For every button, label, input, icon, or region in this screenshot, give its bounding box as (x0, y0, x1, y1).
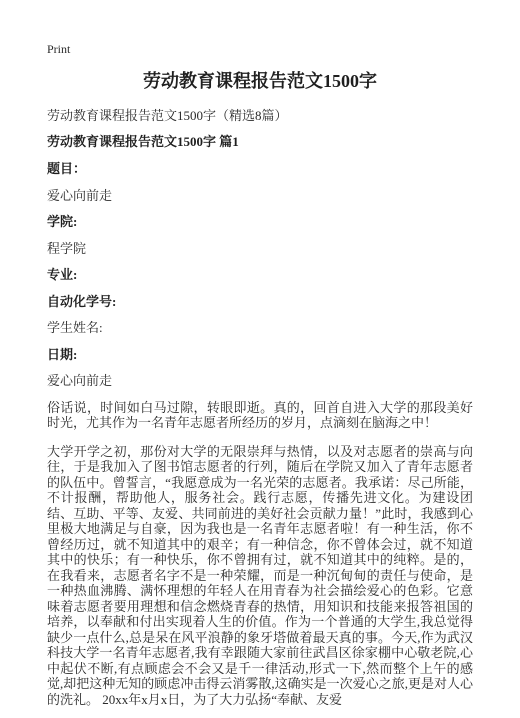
section-heading: 劳动教育课程报告范文1500字 篇1 (47, 134, 473, 149)
field-label-topic: 题目： (47, 161, 473, 176)
field-label-major: 专业: (47, 267, 473, 282)
page-title: 劳动教育课程报告范文1500字 (47, 71, 473, 92)
field-label-date: 日期: (47, 347, 473, 362)
field-label-student-id: 自动化学号: (47, 294, 473, 309)
field-label-student-name: 学生姓名: (47, 320, 473, 335)
body-paragraph-2: 大学开学之初，那份对大学的无限崇拜与热情，以及对志愿者的崇高与向往，于是我加入了… (47, 444, 473, 708)
field-label-college: 学院: (47, 214, 473, 229)
field-value-topic: 爱心向前走 (47, 188, 473, 203)
document-content: Print 劳动教育课程报告范文1500字 劳动教育课程报告范文1500字（精选… (0, 0, 520, 707)
print-link[interactable]: Print (47, 42, 70, 57)
document-subtitle: 劳动教育课程报告范文1500字（精选8篇） (47, 108, 473, 123)
document-page: Print 劳动教育课程报告范文1500字 劳动教育课程报告范文1500字（精选… (0, 0, 520, 718)
field-value-college: 程学院 (47, 241, 473, 256)
body-paragraph-1: 俗话说，时间如白马过隙，转眼即逝。真的，回首自进入大学的那段美好时光，尤其作为一… (47, 400, 473, 431)
essay-subtitle: 爱心向前走 (47, 373, 473, 388)
